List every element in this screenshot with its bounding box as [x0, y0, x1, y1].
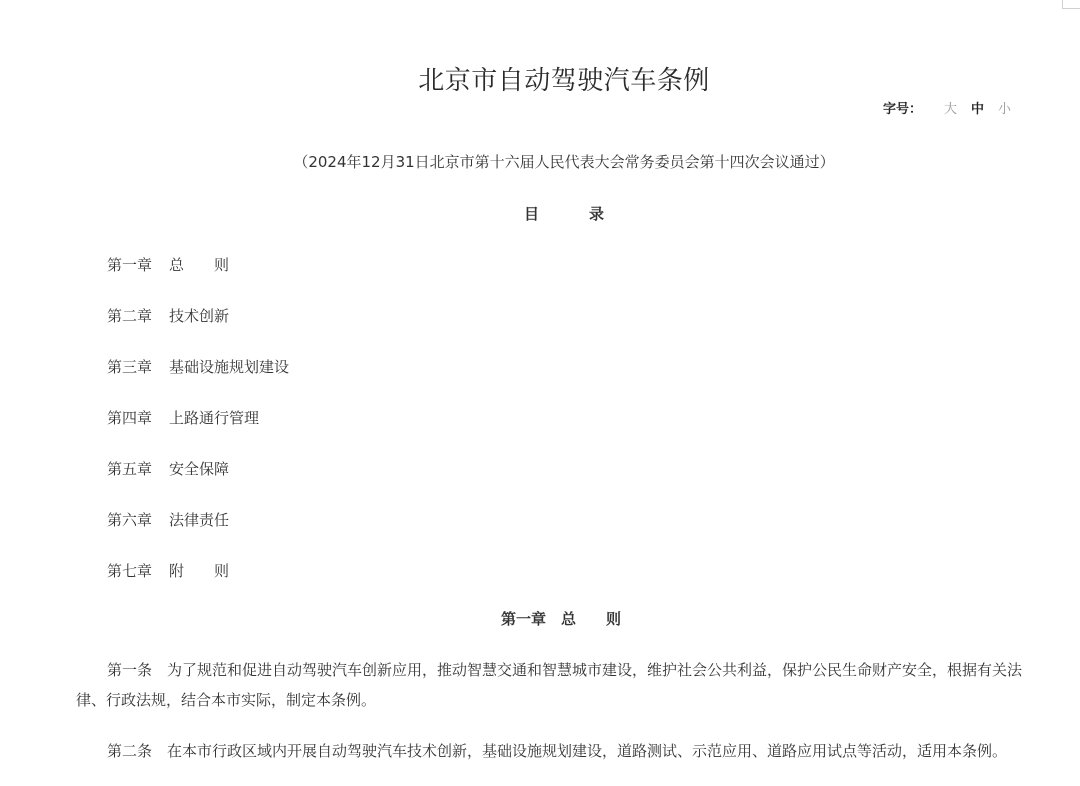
toc-item-title: 上路通行管理: [169, 407, 259, 458]
article-text: 在本市行政区域内开展自动驾驶汽车技术创新，基础设施规划建设，道路测试、示范应用、…: [167, 742, 1007, 760]
toc-item-title: 基础设施规划建设: [169, 356, 289, 407]
document-title: 北京市自动驾驶汽车条例: [0, 60, 1080, 97]
corner-decoration: [1062, 0, 1080, 9]
toc-item-chapter-7[interactable]: 第七章 附 则: [107, 560, 289, 611]
article-text: 为了规范和促进自动驾驶汽车创新应用，推动智慧交通和智慧城市建设，维护社会公共利益…: [76, 661, 1022, 709]
chapter-title: 总 则: [561, 608, 621, 629]
font-size-label: 字号：: [883, 98, 922, 117]
toc-item-title: 附 则: [169, 560, 229, 611]
toc-item-chapter-2[interactable]: 第二章 技术创新: [107, 305, 289, 356]
document-subtitle: （2024年12月31日北京市第十六届人民代表大会常务委员会第十四次会议通过）: [0, 151, 1080, 172]
font-size-large-button[interactable]: 大: [944, 98, 957, 117]
toc-item-chapter-5[interactable]: 第五章 安全保障: [107, 458, 289, 509]
chapter-number: 第一章: [501, 608, 546, 629]
article-number: 第二条: [107, 742, 152, 760]
toc-item-number: 第二章: [107, 305, 169, 356]
toc-item-number: 第五章: [107, 458, 169, 509]
toc-item-number: 第一章: [107, 254, 169, 305]
toc-item-chapter-3[interactable]: 第三章 基础设施规划建设: [107, 356, 289, 407]
toc-item-number: 第七章: [107, 560, 169, 611]
table-of-contents: 第一章 总 则 第二章 技术创新 第三章 基础设施规划建设 第四章 上路通行管理…: [107, 254, 289, 611]
toc-item-chapter-4[interactable]: 第四章 上路通行管理: [107, 407, 289, 458]
toc-heading: 目录: [524, 203, 604, 224]
toc-item-number: 第三章: [107, 356, 169, 407]
toc-item-title: 技术创新: [169, 305, 229, 356]
toc-item-chapter-6[interactable]: 第六章 法律责任: [107, 509, 289, 560]
toc-item-number: 第六章: [107, 509, 169, 560]
toc-item-title: 安全保障: [169, 458, 229, 509]
toc-heading-right: 录: [589, 203, 604, 224]
article-2: 第二条在本市行政区域内开展自动驾驶汽车技术创新，基础设施规划建设，道路测试、示范…: [76, 736, 1048, 766]
font-size-small-button[interactable]: 小: [998, 98, 1011, 117]
font-size-control: 字号： 大 中 小: [883, 98, 1025, 117]
toc-item-number: 第四章: [107, 407, 169, 458]
toc-heading-left: 目: [524, 203, 539, 224]
font-size-medium-button[interactable]: 中: [971, 98, 984, 117]
toc-item-title: 总 则: [169, 254, 229, 305]
article-number: 第一条: [107, 661, 152, 679]
article-1: 第一条为了规范和促进自动驾驶汽车创新应用，推动智慧交通和智慧城市建设，维护社会公…: [76, 655, 1048, 715]
toc-item-title: 法律责任: [169, 509, 229, 560]
toc-item-chapter-1[interactable]: 第一章 总 则: [107, 254, 289, 305]
chapter-heading: 第一章 总 则: [501, 608, 621, 629]
